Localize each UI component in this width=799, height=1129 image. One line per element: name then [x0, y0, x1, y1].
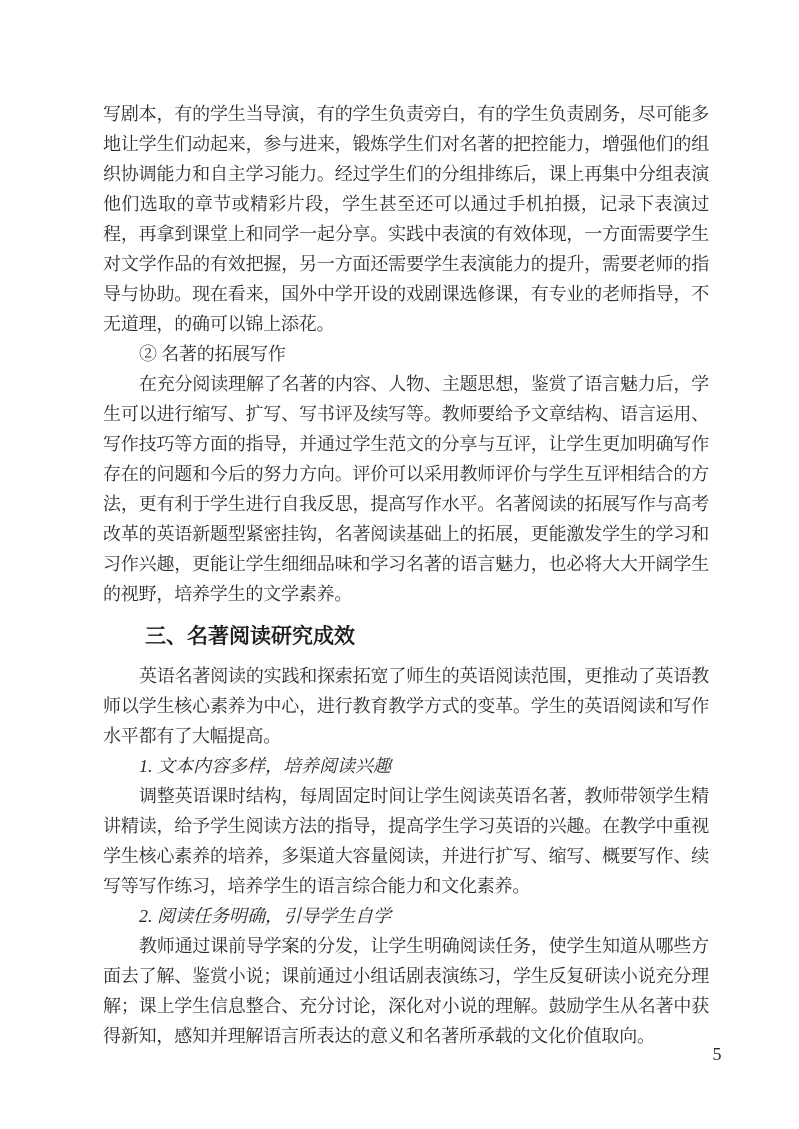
list-item-extended-writing: ② 名著的拓展写作	[103, 339, 709, 369]
subheading-text-variety: 1. 文本内容多样，培养阅读兴趣	[103, 751, 709, 781]
document-body: 写剧本，有的学生当导演，有的学生负责旁白，有的学生负责剧务，尽可能多地让学生们动…	[103, 99, 709, 1051]
page-number: 5	[700, 1042, 734, 1066]
paragraph-text-variety: 调整英语课时结构，每周固定时间让学生阅读英语名著，教师带领学生精讲精读，给予学生…	[103, 781, 709, 901]
section-heading-research-results: 三、名著阅读研究成效	[103, 621, 709, 653]
document-page: 写剧本，有的学生当导演，有的学生负责旁白，有的学生负责剧务，尽可能多地让学生们动…	[0, 0, 799, 1129]
paragraph-extended-writing: 在充分阅读理解了名著的内容、人物、主题思想，鉴赏了语言魅力后，学生可以进行缩写、…	[103, 369, 709, 609]
subheading-clear-tasks: 2. 阅读任务明确，引导学生自学	[103, 901, 709, 931]
paragraph-drama-performance: 写剧本，有的学生当导演，有的学生负责旁白，有的学生负责剧务，尽可能多地让学生们动…	[103, 99, 709, 339]
paragraph-research-overview: 英语名著阅读的实践和探索拓宽了师生的英语阅读范围，更推动了英语教师以学生核心素养…	[103, 661, 709, 751]
paragraph-clear-tasks: 教师通过课前导学案的分发，让学生明确阅读任务，使学生知道从哪些方面去了解、鉴赏小…	[103, 931, 709, 1051]
